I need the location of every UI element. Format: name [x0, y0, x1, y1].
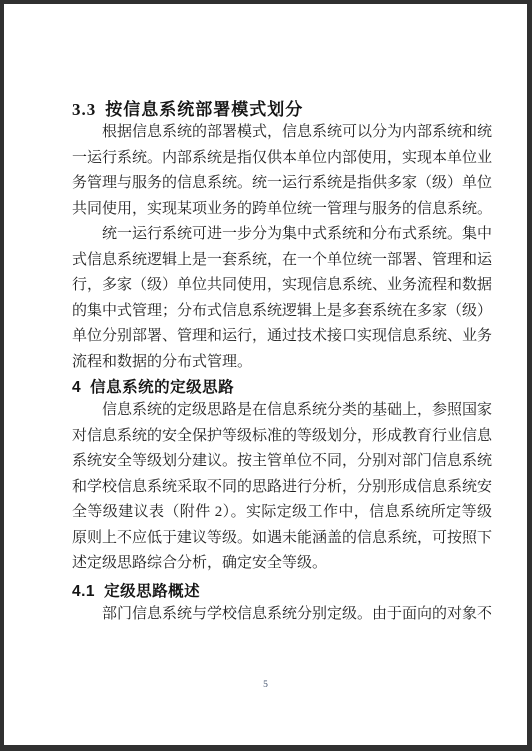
paragraph-grading-approach: 信息系统的定级思路是在信息系统分类的基础上，参照国家对信息系统的安全保护等级标准… [72, 398, 492, 577]
section-number: 3.3 [72, 100, 96, 120]
section-title: 信息系统的定级思路 [90, 379, 234, 396]
document-page: 3.3按信息系统部署模式划分 根据信息系统的部署模式，信息系统可以分为内部系统和… [0, 0, 532, 751]
paragraph-grading-overview: 部门信息系统与学校信息系统分别定级。由于面向的对象不 [72, 602, 492, 628]
section-number: 4 [72, 378, 81, 398]
section-heading-4: 4信息系统的定级思路 [72, 378, 492, 398]
section-heading-4-1: 4.1定级思路概述 [72, 582, 492, 602]
section-number: 4.1 [72, 582, 95, 602]
section-title: 定级思路概述 [104, 583, 200, 600]
paragraph-centralized-distributed: 统一运行系统可进一步分为集中式系统和分布式系统。集中式信息系统逻辑上是一套系统，… [72, 222, 492, 375]
paragraph-deployment-modes: 根据信息系统的部署模式，信息系统可以分为内部系统和统一运行系统。内部系统是指仅供… [72, 120, 492, 222]
section-title: 按信息系统部署模式划分 [105, 100, 303, 119]
page-content: 3.3按信息系统部署模式划分 根据信息系统的部署模式，信息系统可以分为内部系统和… [4, 100, 527, 627]
page-number: 5 [4, 679, 527, 691]
section-heading-3-3: 3.3按信息系统部署模式划分 [72, 100, 492, 120]
